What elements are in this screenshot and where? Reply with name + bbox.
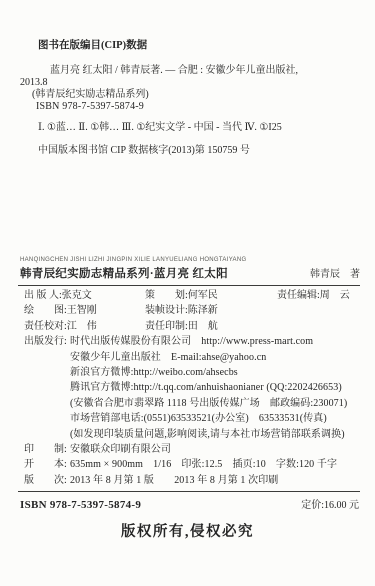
staff-value: 田 航 [188,321,218,332]
imprint-line: 开 本: 635mm × 900mm 1/16 印张:12.5 插页:10 字数… [24,457,360,472]
imprint-text: 2013 年 8 月第 1 版 2013 年 8 月第 1 次印刷 [70,473,360,488]
staff-value: 周 云 [320,290,350,301]
imprint-label: 开 本: [24,457,70,472]
imprint-label: 出版发行: [24,334,70,349]
imprint-text: (安徽省合肥市翡翠路 1118 号出版传媒广场 邮政编码:230071) [70,396,360,411]
cip-publication-year: 2013.8 [20,77,357,89]
staff-row: 责任校对:江 伟 责任印制:田 航 [24,319,360,334]
imprint-label [24,365,70,380]
imprint-line: 版 次: 2013 年 8 月第 1 版 2013 年 8 月第 1 次印刷 [24,473,360,488]
staff-value: 江 伟 [67,321,97,332]
staff-value: 王智刚 [67,305,97,316]
imprint-text: 市场营销部电话:(0551)63533521(办公室) 63533531(传真) [70,411,360,426]
imprint-label [24,411,70,426]
staff-cell: 装帧设计:陈泽新 [145,303,277,318]
imprint-line: 印 制: 安徽联众印刷有限公司 [24,442,360,457]
staff-cell: 责任编辑:周 云 [277,288,360,303]
price: 定价:16.00 元 [301,496,359,511]
imprint-line: (如发现印装质量问题,影响阅读,请与本社市场营销部联系调换) [24,427,360,442]
imprint-line: (安徽省合肥市翡翠路 1118 号出版传媒广场 邮政编码:230071) [24,396,360,411]
series-title: 韩青辰纪实励志精品系列·蓝月亮 红太阳 [20,265,228,281]
imprint-line: 腾讯官方微博:http://t.qq.com/anhuishaonianer (… [24,380,360,395]
staff-cell: 责任校对:江 伟 [24,319,145,334]
imprint-label [24,380,70,395]
imprint-line: 市场营销部电话:(0551)63533521(办公室) 63533531(传真) [24,411,360,426]
staff-cell: 责任印制:田 航 [145,319,277,334]
staff-value: 张克文 [62,290,92,301]
staff-row: 绘 图:王智刚 装帧设计:陈泽新 [24,303,360,318]
staff-label: 装帧设计: [145,305,188,316]
imprint-text: (如发现印装质量问题,影响阅读,请与本社市场营销部联系调换) [70,427,360,442]
imprint-label [24,396,70,411]
imprint-text: 安徽少年儿童出版社 E-mail:ahse@yahoo.cn [70,350,360,365]
imprint-text: 新浪官方微博:http://weibo.com/ahsecbs [70,365,360,380]
imprint-text: 时代出版传媒股份有限公司 http://www.press-mart.com [70,334,360,349]
cip-heading: 图书在版编目(CIP)数据 [38,40,357,52]
copyright-page: 图书在版编目(CIP)数据 蓝月亮 红太阳 / 韩青辰著. — 合肥 : 安徽少… [0,0,375,586]
imprint-rows: 出 版 人:张克文 策 划:何军民 责任编辑:周 云 绘 图:王智刚 装帧设计:… [24,288,360,488]
staff-label: 策 划: [145,290,188,301]
copyright-notice: 版权所有,侵权必究 [0,520,375,541]
staff-label: 出 版 人: [24,290,62,301]
imprint-label: 版 次: [24,473,70,488]
staff-value: 陈泽新 [188,305,218,316]
imprint-label [24,427,70,442]
staff-cell: 绘 图:王智刚 [24,303,145,318]
cip-publication-line: 蓝月亮 红太阳 / 韩青辰著. — 合肥 : 安徽少年儿童出版社, [50,65,357,77]
staff-label: 责任编辑: [277,290,320,301]
staff-cell: 策 划:何军民 [145,288,277,303]
cip-series-note: (韩青辰纪实励志精品系列) [32,89,357,101]
staff-cell: 出 版 人:张克文 [24,288,145,303]
imprint-text: 635mm × 900mm 1/16 印张:12.5 插页:10 字数:120 … [70,457,360,472]
staff-label: 绘 图: [24,305,67,316]
imprint-text: 腾讯官方微博:http://t.qq.com/anhuishaonianer (… [70,380,360,395]
series-pinyin: HANQINGCHEN JISHI LIZHI JINGPIN XILIE LA… [20,257,360,263]
divider-top [18,285,360,286]
author-name: 韩青辰 著 [310,265,360,280]
staff-label: 责任校对: [24,321,67,332]
imprint-line: 新浪官方微博:http://weibo.com/ahsecbs [24,365,360,380]
isbn-price-row: ISBN 978-7-5397-5874-9 定价:16.00 元 [20,496,359,511]
staff-row: 出 版 人:张克文 策 划:何军民 责任编辑:周 云 [24,288,360,303]
imprint-label [24,350,70,365]
cip-isbn: ISBN 978-7-5397-5874-9 [36,101,357,113]
imprint-line: 出版发行: 时代出版传媒股份有限公司 http://www.press-mart… [24,334,360,349]
cip-record-number: 中国版本图书馆 CIP 数据核字(2013)第 150759 号 [38,145,357,157]
staff-label: 责任印制: [145,321,188,332]
cip-classification: Ⅰ. ①蓝… Ⅱ. ①韩… Ⅲ. ①纪实文学 - 中国 - 当代 Ⅳ. ①I25 [38,122,357,134]
isbn-footer: ISBN 978-7-5397-5874-9 [20,499,141,511]
imprint-text: 安徽联众印刷有限公司 [70,442,360,457]
imprint-label: 印 制: [24,442,70,457]
colophon-block: HANQINGCHEN JISHI LIZHI JINGPIN XILIE LA… [20,257,360,488]
series-title-row: 韩青辰纪实励志精品系列·蓝月亮 红太阳 韩青辰 著 [20,265,360,281]
staff-value: 何军民 [188,290,218,301]
divider-bottom [18,491,360,492]
imprint-line: 安徽少年儿童出版社 E-mail:ahse@yahoo.cn [24,350,360,365]
cip-block: 图书在版编目(CIP)数据 蓝月亮 红太阳 / 韩青辰著. — 合肥 : 安徽少… [20,40,357,157]
